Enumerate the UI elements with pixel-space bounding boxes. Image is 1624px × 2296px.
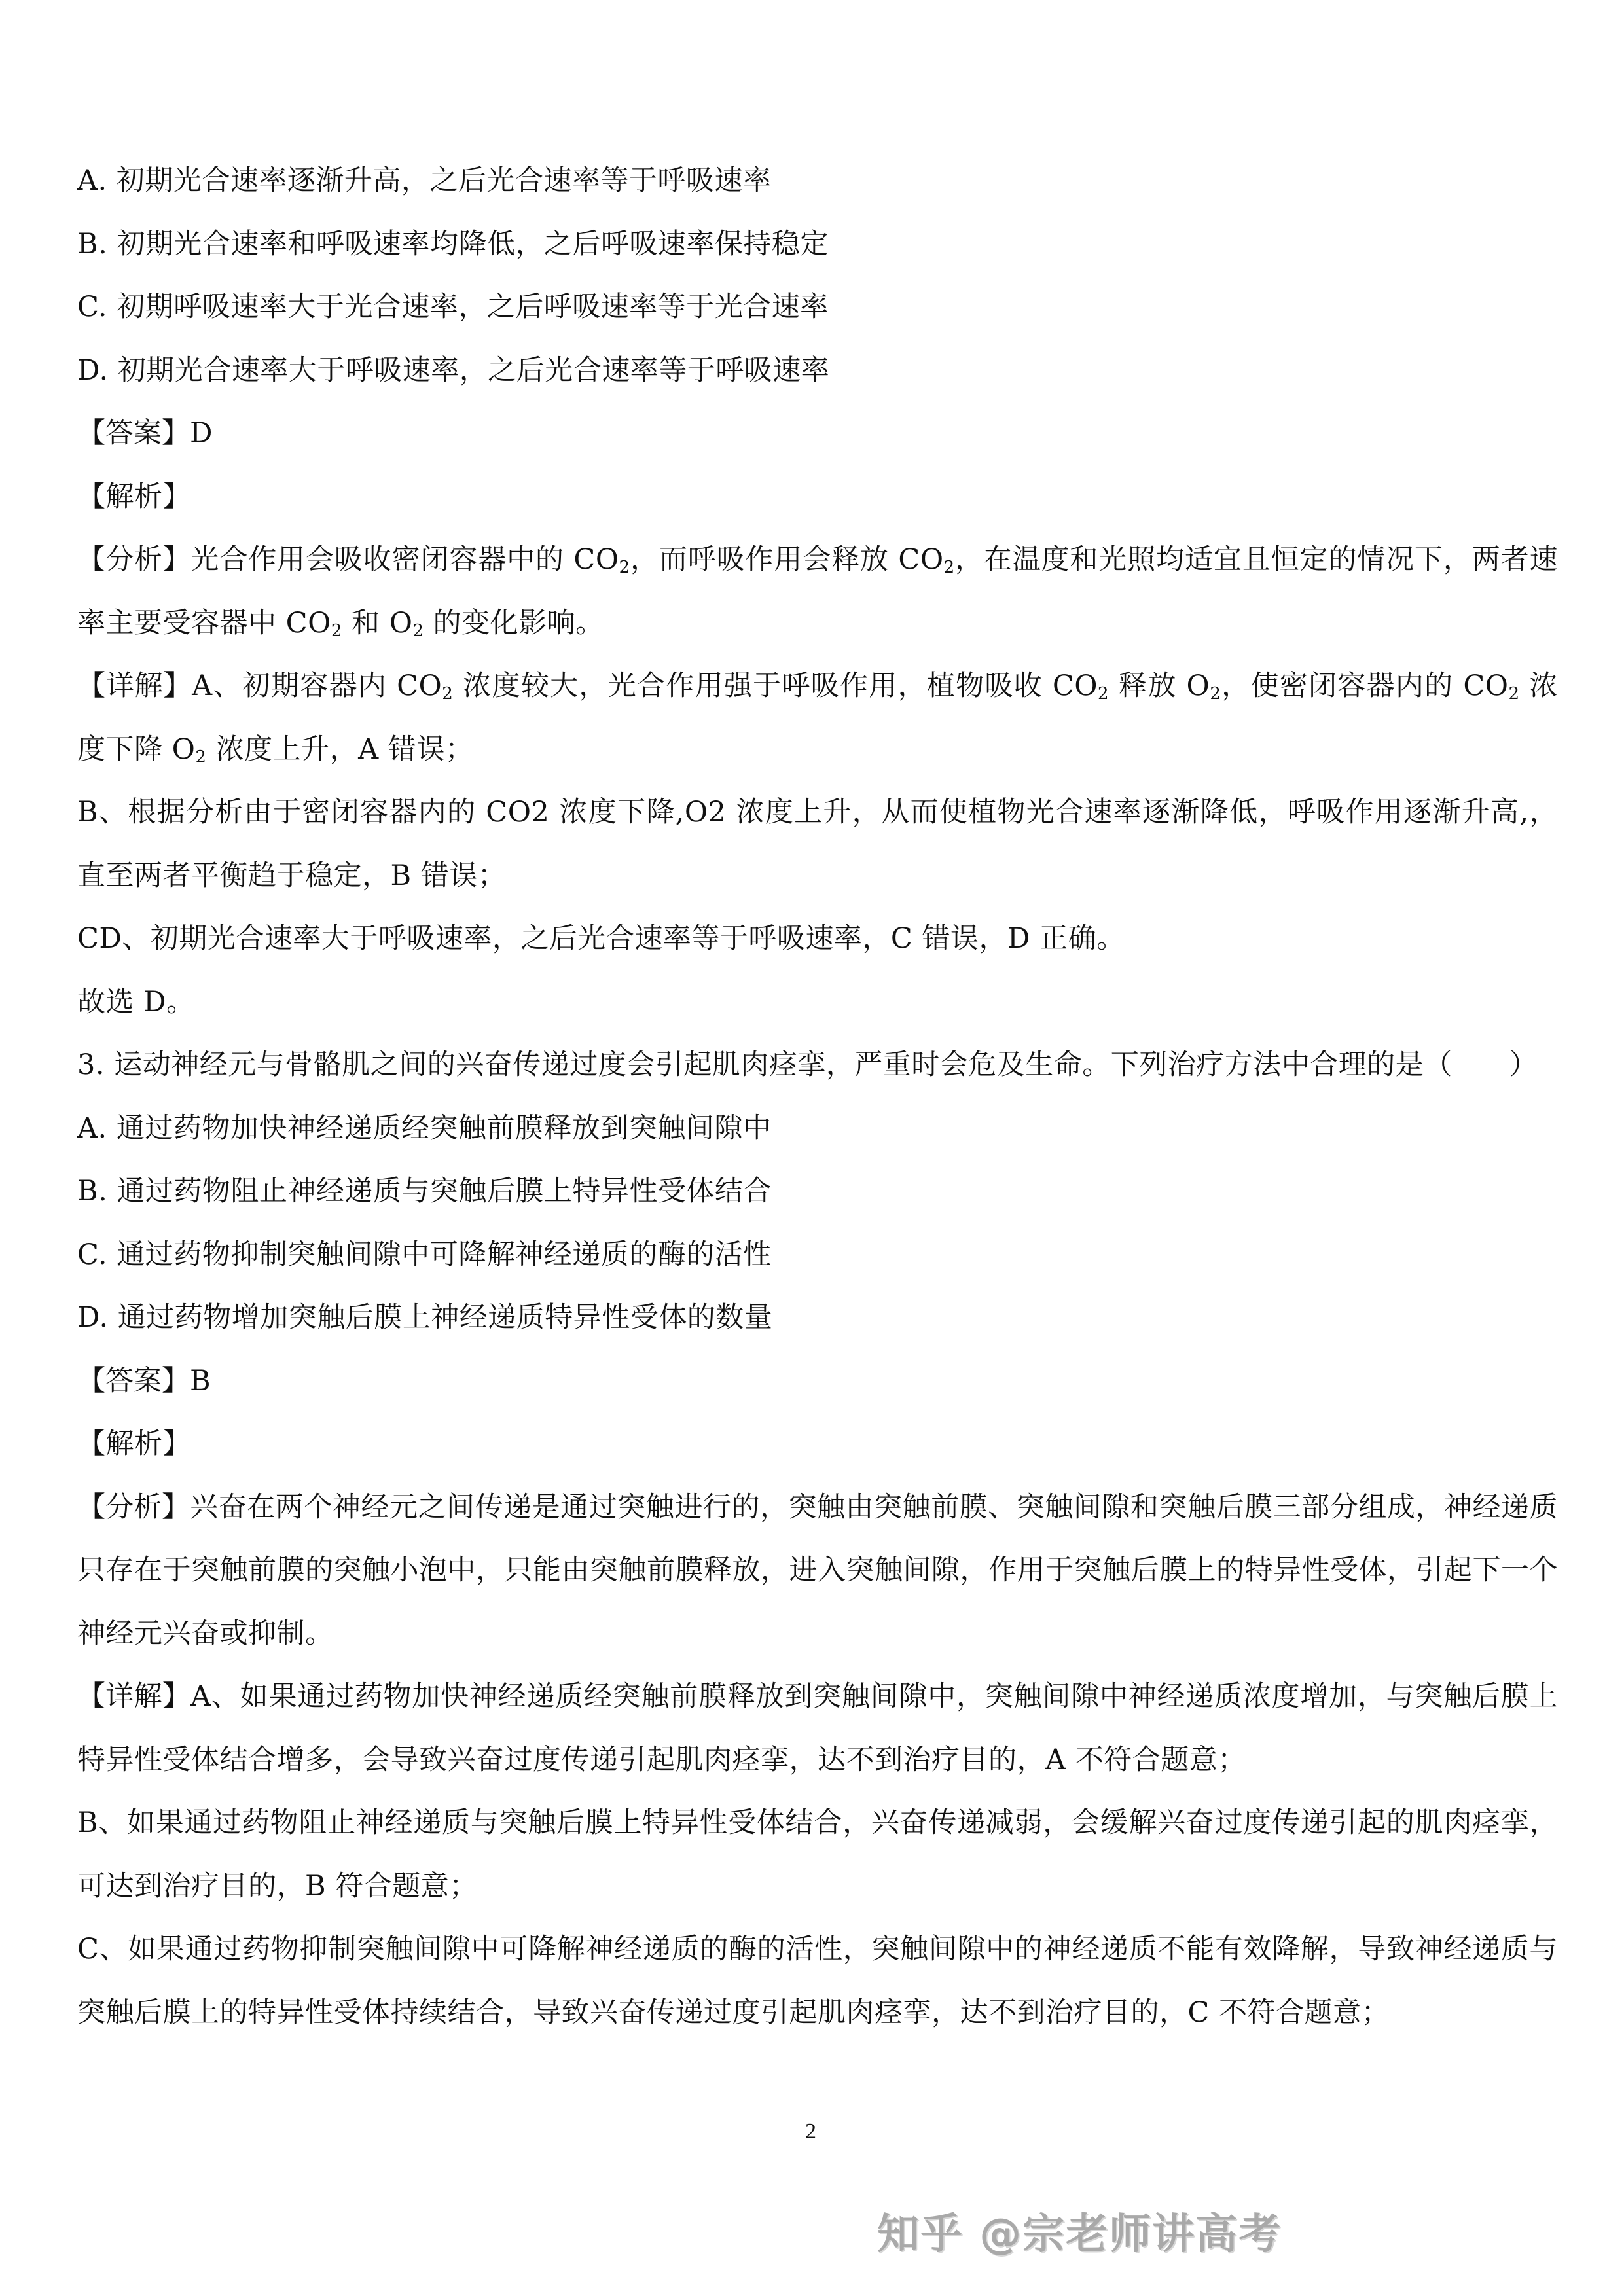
q2-xiangjie-cd: CD、初期光合速率大于呼吸速率，之后光合速率等于呼吸速率，C 错误，D 正确。	[77, 907, 1558, 971]
q2-answer: 【答案】D	[77, 402, 1558, 465]
zhihu-watermark: 知乎 @宗老师讲高考	[877, 2200, 1282, 2261]
q3-stem: 3. 运动神经元与骨骼肌之间的兴奋传递过度会引起肌肉痉挛，严重时会危及生命。下列…	[77, 1033, 1558, 1097]
q3-option-d: D. 通过药物增加突触后膜上神经递质特异性受体的数量	[77, 1286, 1558, 1350]
q3-xiangjie-b: B、如果通过药物阻止神经递质与突触后膜上特异性受体结合，兴奋传递减弱，会缓解兴奋…	[77, 1791, 1558, 1918]
q2-jiexi-heading: 【解析】	[77, 465, 1558, 529]
q2-option-c: C. 初期呼吸速率大于光合速率，之后呼吸速率等于光合速率	[77, 276, 1558, 339]
q2-fenxi: 【分析】光合作用会吸收密闭容器中的 CO2，而呼吸作用会释放 CO2，在温度和光…	[77, 528, 1558, 655]
fenxi-label: 【分析】	[77, 543, 191, 576]
q3-answer: 【答案】B	[77, 1350, 1558, 1413]
q3-option-a: A. 通过药物加快神经递质经突触前膜释放到突触间隙中	[77, 1097, 1558, 1160]
q3-jiexi-heading: 【解析】	[77, 1412, 1558, 1476]
answer-label: 【答案】	[77, 1365, 190, 1397]
q2-xiangjie-a: 【详解】A、初期容器内 CO2 浓度较大，光合作用强于呼吸作用，植物吸收 CO2…	[77, 655, 1558, 781]
xiangjie-label: 【详解】	[77, 1680, 190, 1713]
q2-option-d: D. 初期光合速率大于呼吸速率，之后光合速率等于呼吸速率	[77, 339, 1558, 403]
answer-value: D	[190, 417, 213, 450]
q2-xiangjie-b: B、根据分析由于密闭容器内的 CO2 浓度下降,O2 浓度上升，从而使植物光合速…	[77, 781, 1558, 907]
xiangjie-label: 【详解】	[77, 670, 192, 702]
q2-option-a: A. 初期光合速率逐渐升高，之后光合速率等于呼吸速率	[77, 149, 1558, 213]
answer-value: B	[190, 1365, 211, 1397]
q3-fenxi: 【分析】兴奋在两个神经元之间传递是通过突触进行的，突触由突触前膜、突触间隙和突触…	[77, 1476, 1558, 1666]
page-content: A. 初期光合速率逐渐升高，之后光合速率等于呼吸速率 B. 初期光合速率和呼吸速…	[77, 149, 1558, 2044]
answer-label: 【答案】	[77, 417, 190, 450]
q2-option-b: B. 初期光合速率和呼吸速率均降低，之后呼吸速率保持稳定	[77, 213, 1558, 276]
page-number: 2	[805, 2119, 816, 2144]
q2-conclusion: 故选 D。	[77, 971, 1558, 1034]
q3-option-c: C. 通过药物抑制突触间隙中可降解神经递质的酶的活性	[77, 1223, 1558, 1287]
q3-xiangjie-c: C、如果通过药物抑制突触间隙中可降解神经递质的酶的活性，突触间隙中的神经递质不能…	[77, 1918, 1558, 2044]
document-page: A. 初期光合速率逐渐升高，之后光合速率等于呼吸速率 B. 初期光合速率和呼吸速…	[0, 0, 1624, 2296]
fenxi-label: 【分析】	[77, 1491, 190, 1524]
q3-xiangjie-a: 【详解】A、如果通过药物加快神经递质经突触前膜释放到突触间隙中，突触间隙中神经递…	[77, 1665, 1558, 1791]
q3-option-b: B. 通过药物阻止神经递质与突触后膜上特异性受体结合	[77, 1160, 1558, 1223]
